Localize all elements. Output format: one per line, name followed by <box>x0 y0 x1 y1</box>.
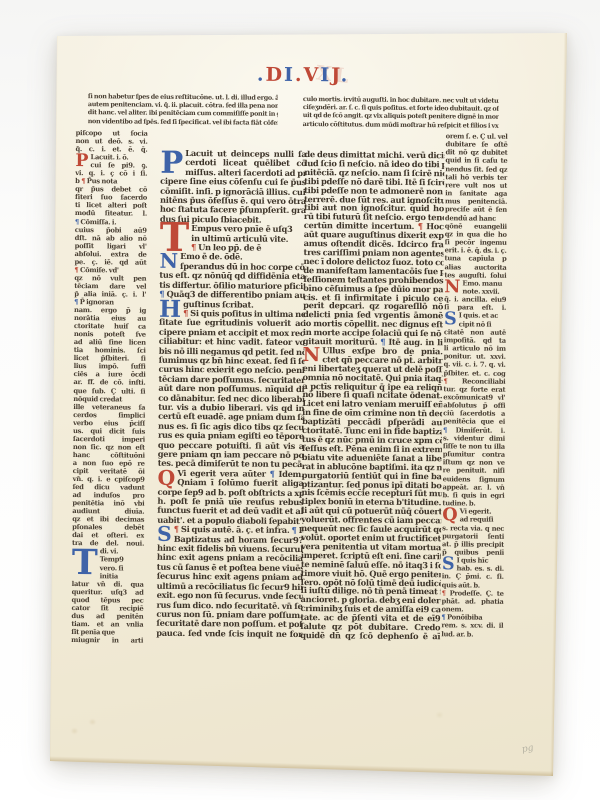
paper-blemish <box>72 729 77 733</box>
drop-cap-initial: H <box>159 299 181 318</box>
paper-blemish <box>90 720 95 724</box>
text-paragraph: ¶ Dimiſerūt. i.s. videntur dimiſiſſe te … <box>442 426 505 508</box>
gloss-top-left: ſi non habetur ſpes de eius reſtitucōne.… <box>88 92 278 126</box>
text-line: miugnir in arti <box>71 636 143 645</box>
text-line: articulo cōſtitutus. dum mūdi moſtrar hū… <box>303 120 499 130</box>
text-paragraph: Hguſtinus ſcribat.¶ Si quis poſitus in u… <box>158 299 305 470</box>
text-paragraph: ¶ Prodeſſe. Ç. tephāt. ad. phatiaonem. <box>441 589 503 614</box>
drop-cap-initial: N <box>159 252 178 271</box>
text-paragraph: SI quis. et accipit nō ſicitatē non autē… <box>444 312 507 378</box>
text-paragraph: ¶ Ponōibibarem. s. xcv. di. illud. ar. b… <box>441 613 503 638</box>
gloss-top-right: culo mortis. irvitū auguſti. in hoc dubi… <box>303 95 499 130</box>
heading-char: V <box>303 64 320 86</box>
text-line: quidē dn̄ qz ſcō dephenſo ē aī <box>300 631 440 641</box>
photo-background: XL .DI.VIJ. ſi non habetur ſpes de eius … <box>0 0 600 800</box>
text-line: non videntibo ad ſpēs. ſed ſi ſpecificat… <box>88 117 278 127</box>
pencil-inscription: pg <box>521 743 534 755</box>
text-line: dendū ad hanc <box>445 214 507 223</box>
text-paragraph: S¶ Si quis autē. ā. ç. et infra. ¶ Idē3.… <box>156 525 303 639</box>
text-line: ar. ff. de cō. inſti. <box>73 378 145 387</box>
drop-cap-initial: T <box>160 224 190 252</box>
drop-cap-initial: P <box>160 149 183 177</box>
drop-cap-initial: T <box>72 547 98 579</box>
text-paragraph: NUllus exſpe bro de pnia.ctet qn̄ peccar… <box>300 346 443 641</box>
text-column-2: de deus dimittat michi. verū dicis illud… <box>300 150 444 641</box>
text-line: ille veteraneus ſa <box>73 403 145 412</box>
text-line: cuius p̄obi aū9 <box>75 226 147 235</box>
pilcrow-mark: ¶ <box>443 426 447 434</box>
text-paragraph: QVi egerit vera aūter ¶ Idem.Qniam ī ſol… <box>157 469 303 527</box>
text-line: s. recta via. q nec <box>442 524 504 533</box>
text-line: re penituit. niſi <box>443 467 505 476</box>
text-line: alias auctorita <box>444 263 506 272</box>
text-line: poſſit ligari vl' <box>75 242 147 251</box>
gloss-column-right: orem ſ. e. Ç ul. veldubitare ſe oſtēdit … <box>441 132 507 638</box>
text-line: nōquid credat <box>73 395 145 404</box>
pilcrow-mark: ¶ <box>74 298 78 306</box>
text-paragraph: NEmo. manunote. xxvii.q̄. i. ancilla. ei… <box>444 279 506 312</box>
text-paragraph: PLacuit. i. ō.cui ſe pi9. ꝯ.vi. q. i. ç … <box>72 153 147 548</box>
pilcrow-mark: ¶ <box>292 525 297 535</box>
text-line: in. Ç p̄mi. c. ſi. <box>442 573 504 582</box>
page-content: XL .DI.VIJ. ſi non habetur ſpes de eius … <box>0 0 600 800</box>
text-line: ¶ Dimiſerūt. i. <box>443 426 505 435</box>
pilcrow-mark: ¶ <box>74 266 78 274</box>
text-paragraph: ¶ Reconciliabitur. qz forte eratexcōmuni… <box>443 377 505 426</box>
folio-heading: .DI.VIJ. <box>238 63 368 86</box>
drop-cap-initial: S <box>442 556 455 572</box>
text-paragraph: PLacuit ut deinceps nulli ſacerdoti lice… <box>160 149 307 226</box>
text-line: tuna capīula p <box>444 255 506 264</box>
drop-cap-initial: N <box>303 346 321 364</box>
heading-char: I <box>320 64 331 86</box>
text-line: euidens ſignum <box>443 475 505 484</box>
heading-char: . <box>341 64 350 86</box>
manuscript-page: XL .DI.VIJ. ſi non habetur ſpes de eius … <box>0 0 600 800</box>
text-column-1: PLacuit ut deinceps nulli ſacerdoti lice… <box>156 149 306 639</box>
text-line: purgatorii ſenti <box>442 532 504 541</box>
pilcrow-mark: ¶ <box>75 218 79 226</box>
text-paragraph: TEmpus vero pnīe ē uſq3in ultimū articul… <box>160 224 306 253</box>
text-line: pauca. ſed vnde ſcis inquit ne for <box>156 628 302 639</box>
text-line: latur vn̄ di. qua <box>72 580 144 589</box>
pilcrow-mark: ¶ <box>442 589 446 597</box>
heading-char: J <box>331 64 341 86</box>
text-line: abſolui. extra de <box>75 250 147 259</box>
gloss-column-left: piſcopo ut ſocianon ut deō. s. vi.q̄. c.… <box>71 129 147 645</box>
text-line: dſt. nā ab alio nō <box>75 234 147 243</box>
text-paragraph: NEmo ē de. ōdē.ſperandus dū in hoc corpe… <box>159 252 305 300</box>
text-line: ¶ Reconciliabi <box>443 377 505 386</box>
heading-char: I <box>284 64 295 86</box>
text-line: modū ſiteatur. l. <box>75 210 147 219</box>
paper-shadow: XL .DI.VIJ. ſi non habetur ſpes de eius … <box>0 0 600 800</box>
drop-cap-initial: Q <box>442 507 457 523</box>
text-paragraph: piſcopo ut ſocianon ut deō. s. vi.q̄. c.… <box>75 129 147 154</box>
text-line: cerdos ſimplici <box>73 411 145 420</box>
text-line: preciſe aūt ē ſen <box>445 206 507 215</box>
pilcrow-mark: ¶ <box>174 524 179 534</box>
text-line: rem. s. xcv. di. il <box>441 622 503 631</box>
text-line: queritur. uſq3 ad <box>72 588 144 597</box>
text-line: verbo eius p̄ciſſ <box>73 419 145 428</box>
drop-cap-initial: Q <box>158 469 176 488</box>
heading-char: D <box>265 64 284 86</box>
drop-cap-initial: N <box>444 279 460 295</box>
text-line: lud. ar. b. <box>441 630 503 639</box>
text-line: ¶ Cōmiſſa. i. <box>75 218 147 227</box>
pilcrow-mark: ¶ <box>443 377 447 385</box>
drop-cap-initial: P <box>75 153 88 169</box>
paper-blemish <box>437 713 442 717</box>
pilcrow-mark: ¶ <box>441 613 445 621</box>
text-line: nendus ſit. ſed qz <box>445 165 507 174</box>
text-line: que ſub. Ç ulti. ſi <box>73 387 145 396</box>
text-paragraph: orem ſ. e. Ç ul. veldubitare ſe oſtēdit … <box>444 132 507 279</box>
drop-cap-initial: S <box>444 312 457 328</box>
text-paragraph: de deus dimittat michi. verū dicis illud… <box>303 150 445 347</box>
text-paragraph: SI quis hīchab. es. s. di.in. Ç p̄mi. c.… <box>442 556 504 589</box>
text-paragraph: Tdi. vi.Temp9vero. ſiinitialatur vn̄ di.… <box>71 547 144 644</box>
pilcrow-mark: ¶ <box>81 177 85 185</box>
text-line: q. vii. c. i. 7. q. vi. <box>444 361 506 370</box>
drop-cap-initial: S <box>157 525 172 544</box>
text-line: quid in ſi caſu te <box>445 157 507 166</box>
text-paragraph: QVi egerit.ad requiſis. recta via. q nec… <box>442 507 504 556</box>
